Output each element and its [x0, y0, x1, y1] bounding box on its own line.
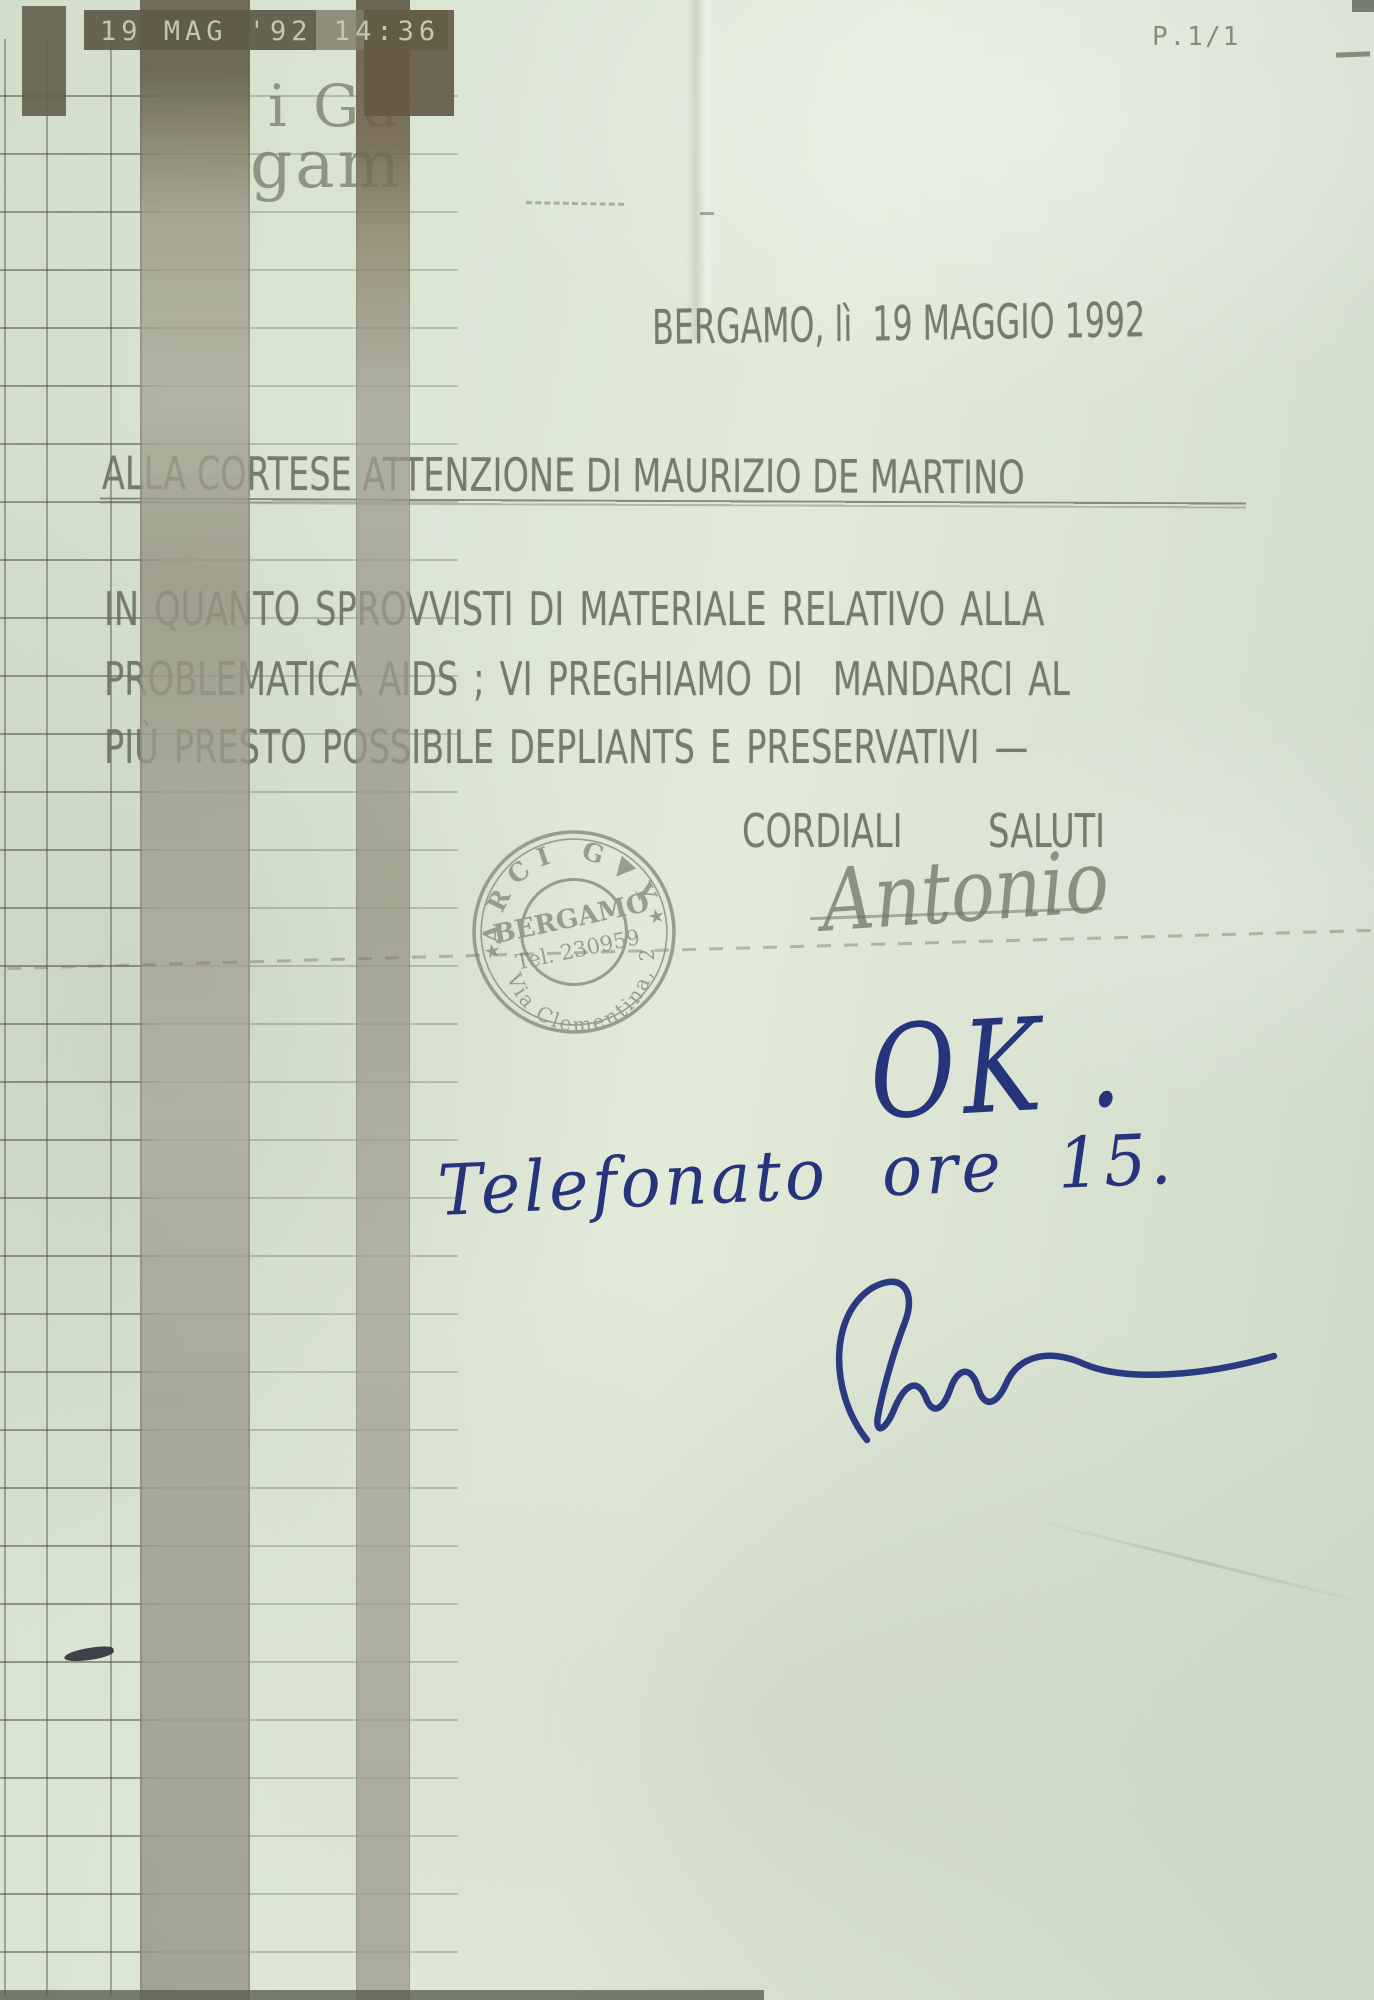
- page-bottom-edge: [0, 1990, 764, 2000]
- grid-vertical-line: [46, 39, 48, 1997]
- grid-rows: [0, 39, 158, 2000]
- fold-crease-line: [686, 0, 716, 340]
- fold-crease-line: [1025, 1516, 1374, 1606]
- fax-timestamp: 19 MAG '92 14:36: [100, 16, 440, 47]
- tape-stain-strip-right: [356, 0, 410, 2000]
- ink-signature-scribble: [812, 1272, 1312, 1462]
- phone-note-annotation: Telefonato ore 15.: [436, 1118, 1177, 1232]
- grid-vertical-line: [4, 39, 6, 1997]
- date-line: BERGAMO, lì 19 MAGGIO 1992: [652, 292, 1145, 356]
- scanned-fax-letter-page: i Ga gam BERGAMO, lì 19 MAGGIO 1992 ALLA…: [0, 0, 1374, 2000]
- fax-page-indicator: P.1/1: [1152, 22, 1240, 52]
- rubber-stamp: ARCI G▼Y Via Clementina, 2 BERGAMO Tel. …: [448, 806, 699, 1057]
- tape-stain-strip-left: [140, 0, 250, 2000]
- pencil-signature: Antonio: [818, 832, 1112, 952]
- page-corner-shadow: [1352, 0, 1374, 12]
- pencil-dash-marks: [526, 201, 624, 206]
- pencil-dash-marks: [700, 212, 714, 215]
- tape-patch: [22, 6, 66, 116]
- grid-vertical-line: [110, 39, 112, 1997]
- pencil-dash-marks: [1336, 51, 1370, 57]
